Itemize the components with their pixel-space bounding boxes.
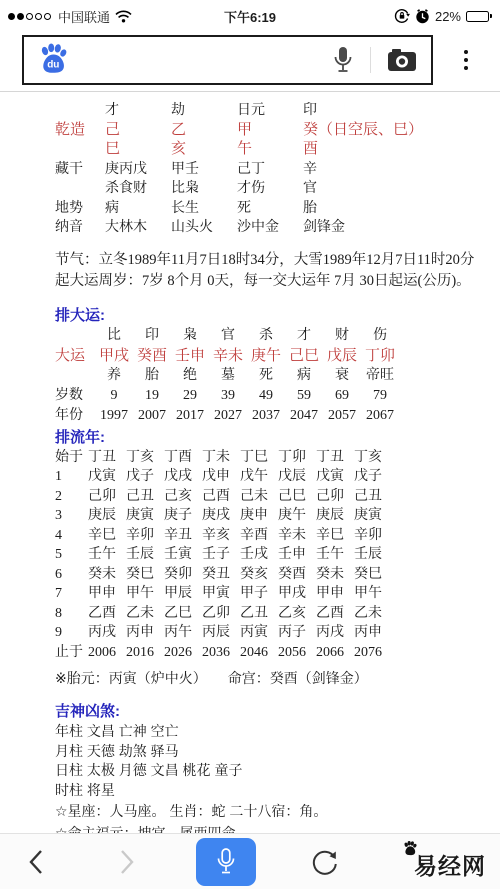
cell: 才: [105, 100, 171, 120]
divider: [370, 47, 371, 73]
cell: 甲戌: [95, 346, 133, 366]
table-row: 3庚辰庚寅庚子庚戌庚申庚午庚辰庚寅: [55, 506, 480, 526]
cell: 病: [105, 198, 171, 218]
cell: 己丑: [126, 487, 164, 507]
cell: 甲子: [240, 584, 278, 604]
cell: 乙: [171, 120, 237, 140]
status-bar-right: 22%: [394, 8, 492, 24]
cell: 丁未: [202, 448, 240, 468]
row-label: 1: [55, 467, 88, 487]
cell: 胎: [133, 366, 171, 386]
cell: 辛卯: [126, 526, 164, 546]
table-row: 乾造己乙甲癸（日空辰、巳）: [55, 120, 480, 140]
cell: 印: [133, 326, 171, 346]
cell: 癸酉: [133, 346, 171, 366]
jieqi-line: 节气：立冬1989年11月7日18时34分，大雪1989年12月7日11时20分: [55, 250, 480, 271]
cell: 辛: [303, 159, 317, 179]
cell: 辛卯: [354, 526, 392, 546]
cell: 亥: [171, 139, 237, 159]
cell: 剑锋金: [303, 217, 345, 237]
table-row: 岁数919293949596979: [55, 386, 480, 406]
cell: 才: [285, 326, 323, 346]
cell: 戊辰: [278, 467, 316, 487]
table-row: 始于丁丑丁亥丁酉丁未丁巳丁卯丁丑丁亥: [55, 448, 480, 468]
cell: 壬辰: [354, 545, 392, 565]
cell: 壬子: [202, 545, 240, 565]
cell: 乙酉: [88, 604, 126, 624]
table-row: 9丙戌丙申丙午丙辰丙寅丙子丙戌丙申: [55, 623, 480, 643]
search-box[interactable]: du: [22, 35, 433, 85]
row-label: 9: [55, 623, 88, 643]
liunian-table: 始于丁丑丁亥丁酉丁未丁巳丁卯丁丑丁亥1戊寅戊子戊戌戊申戊午戊辰戊寅戊子2己卯己丑…: [55, 448, 480, 663]
cell: 甲午: [126, 584, 164, 604]
cell: 死: [237, 198, 303, 218]
row-label: 7: [55, 584, 88, 604]
cell: 庚寅: [126, 506, 164, 526]
voice-button[interactable]: [196, 838, 256, 886]
cell: 乙丑: [240, 604, 278, 624]
table-row: 才劫日元印: [55, 100, 480, 120]
cell: 辛酉: [240, 526, 278, 546]
cell: 戊戌: [164, 467, 202, 487]
cell: 丁丑: [316, 448, 354, 468]
cell: 杀: [247, 326, 285, 346]
cell: 2027: [209, 406, 247, 426]
cell: 庚午: [278, 506, 316, 526]
cell: 丙戌: [316, 623, 354, 643]
liunian-heading: 排流年:: [55, 428, 480, 448]
cell: 胎: [303, 198, 317, 218]
cell: 癸卯: [164, 565, 202, 585]
cell: 辛巳: [316, 526, 354, 546]
cell: 2037: [247, 406, 285, 426]
battery-percent-label: 22%: [435, 9, 461, 24]
cell: 乙未: [354, 604, 392, 624]
cell: 己卯: [316, 487, 354, 507]
cell: 乙卯: [202, 604, 240, 624]
cell: 39: [209, 386, 247, 406]
cell: 庚丙戊: [105, 159, 171, 179]
cell: 甲戌: [278, 584, 316, 604]
row-label: 年份: [55, 406, 95, 426]
cell: 甲午: [354, 584, 392, 604]
cell: 乙酉: [316, 604, 354, 624]
cell: 2017: [171, 406, 209, 426]
table-row: 2己卯己丑己亥己酉己未己巳己卯己丑: [55, 487, 480, 507]
cell: 酉: [303, 139, 318, 159]
row-label: 8: [55, 604, 88, 624]
cell: 癸巳: [126, 565, 164, 585]
jishen-heading: 吉神凶煞:: [55, 702, 480, 722]
cell: 劫: [171, 100, 237, 120]
voice-search-icon[interactable]: [332, 45, 354, 75]
alarm-clock-icon: [415, 9, 430, 24]
cell: 2036: [202, 643, 240, 663]
cell: 伤: [361, 326, 399, 346]
cell: 29: [171, 386, 209, 406]
row-label: 4: [55, 526, 88, 546]
cell: 壬申: [278, 545, 316, 565]
cell: 79: [361, 386, 399, 406]
cell: 庚午: [247, 346, 285, 366]
cell: 己巳: [285, 346, 323, 366]
chevron-right-icon: [119, 849, 135, 875]
cell: 2016: [126, 643, 164, 663]
cell: 丁酉: [164, 448, 202, 468]
screen: 中国联通 下午6:19 22%: [0, 0, 500, 889]
row-label: 岁数: [55, 386, 95, 406]
menu-icon[interactable]: [433, 50, 499, 70]
cell: 己未: [240, 487, 278, 507]
row-label: 藏干: [55, 159, 105, 179]
cell: 辛亥: [202, 526, 240, 546]
cell: 2047: [285, 406, 323, 426]
table-row: 藏干庚丙戊甲壬己丁辛: [55, 159, 480, 179]
cell: 甲: [237, 120, 303, 140]
table-row: 4辛巳辛卯辛丑辛亥辛酉辛未辛巳辛卯: [55, 526, 480, 546]
battery-icon: [466, 11, 492, 22]
cell: 2066: [316, 643, 354, 663]
cell: 帝旺: [361, 366, 399, 386]
browser-toolbar: 易经网: [0, 833, 500, 889]
jishen-line-month: 月柱 天德 劫煞 驿马: [55, 742, 480, 762]
row-label: 纳音: [55, 217, 105, 237]
cell: 2076: [354, 643, 392, 663]
cell: 丁卯: [361, 346, 399, 366]
cell: 丙戌: [88, 623, 126, 643]
cell: 丙申: [126, 623, 164, 643]
cell: 丙子: [278, 623, 316, 643]
cell: 壬寅: [164, 545, 202, 565]
cell: 癸（日空辰、巳）: [303, 120, 423, 140]
cell: 59: [285, 386, 323, 406]
cell: 己: [105, 120, 171, 140]
chevron-left-icon: [28, 849, 44, 875]
cell: 壬戌: [240, 545, 278, 565]
refresh-icon: [311, 848, 339, 876]
table-row: 大运甲戌癸酉壬申辛未庚午己巳戊辰丁卯: [55, 346, 480, 366]
cell: 戊申: [202, 467, 240, 487]
cell: 壬辰: [126, 545, 164, 565]
signal-strength-icon: [8, 13, 51, 20]
cell: 大林木: [105, 217, 171, 237]
cell: 比: [95, 326, 133, 346]
cell: 甲申: [88, 584, 126, 604]
cell: 己酉: [202, 487, 240, 507]
status-bar: 中国联通 下午6:19 22%: [0, 0, 500, 28]
table-row: 6癸未癸巳癸卯癸丑癸亥癸酉癸未癸巳: [55, 565, 480, 585]
cell: 癸未: [316, 565, 354, 585]
cell: 丁亥: [354, 448, 392, 468]
cell: 9: [95, 386, 133, 406]
cell: 丙辰: [202, 623, 240, 643]
table-row: 年份19972007201720272037204720572067: [55, 406, 480, 426]
cell: 乙未: [126, 604, 164, 624]
refresh-button[interactable]: [303, 840, 347, 884]
paw-icon: [400, 840, 420, 858]
row-label: 大运: [55, 346, 95, 366]
jieqi-paragraph: 节气：立冬1989年11月7日18时34分，大雪1989年12月7日11时20分…: [55, 250, 480, 292]
table-row: 5壬午壬辰壬寅壬子壬戌壬申壬午壬辰: [55, 545, 480, 565]
jishen-line-hour: 时柱 将星: [55, 781, 480, 801]
row-label: 乾造: [55, 120, 105, 140]
cell: 2057: [323, 406, 361, 426]
dayun-heading: 排大运:: [55, 306, 480, 326]
cell: 壬午: [88, 545, 126, 565]
cell: 死: [247, 366, 285, 386]
clock-label: 下午6:19: [224, 10, 276, 25]
row-label: 止于: [55, 643, 88, 663]
cell: 2006: [88, 643, 126, 663]
cell: 戊午: [240, 467, 278, 487]
table-row: 巳亥午酉: [55, 139, 480, 159]
table-row: 比印枭官杀才财伤: [55, 326, 480, 346]
cell: 2067: [361, 406, 399, 426]
cell: 庚寅: [354, 506, 392, 526]
cell: 庚申: [240, 506, 278, 526]
cell: 比枭: [171, 178, 237, 198]
cell: 己巳: [278, 487, 316, 507]
dayun-start-line: 起大运周岁：7岁 8个月 0天，每一交大运年 7月 30日起运(公历)。: [55, 271, 480, 292]
cell: 丁卯: [278, 448, 316, 468]
forward-button[interactable]: [105, 840, 149, 884]
cell: 绝: [171, 366, 209, 386]
cell: 丁巳: [240, 448, 278, 468]
cell: 杀食财: [105, 178, 171, 198]
cell: 癸丑: [202, 565, 240, 585]
row-label: 5: [55, 545, 88, 565]
baidu-logo-icon: du: [34, 41, 72, 79]
cell: 日元: [237, 100, 303, 120]
cell: 2056: [278, 643, 316, 663]
cell: 养: [95, 366, 133, 386]
cell: 2026: [164, 643, 202, 663]
table-row: 1戊寅戊子戊戌戊申戊午戊辰戊寅戊子: [55, 467, 480, 487]
cell: 辛未: [209, 346, 247, 366]
status-bar-left: 中国联通: [8, 7, 132, 26]
cell: 庚子: [164, 506, 202, 526]
zodiac-line: ☆星座：人马座。 生肖：蛇 二十八宿：角。: [55, 801, 480, 822]
cell: 沙中金: [237, 217, 303, 237]
row-label: 6: [55, 565, 88, 585]
dayun-table: 比印枭官杀才财伤大运甲戌癸酉壬申辛未庚午己巳戊辰丁卯养胎绝墓死病衰帝旺岁数919…: [55, 326, 480, 426]
cell: 辛巳: [88, 526, 126, 546]
cell: 丙午: [164, 623, 202, 643]
row-label: 2: [55, 487, 88, 507]
cell: 己亥: [164, 487, 202, 507]
cell: 49: [247, 386, 285, 406]
watermark: 易经网: [394, 840, 486, 884]
table-row: 地势病长生死胎: [55, 198, 480, 218]
cell: 戊寅: [316, 467, 354, 487]
cell: 乙亥: [278, 604, 316, 624]
cell: 财: [323, 326, 361, 346]
cell: 午: [237, 139, 303, 159]
cell: 甲寅: [202, 584, 240, 604]
cell: 庚戌: [202, 506, 240, 526]
cell: 戊辰: [323, 346, 361, 366]
row-label: 地势: [55, 198, 105, 218]
cell: 山头火: [171, 217, 237, 237]
cell: 官: [209, 326, 247, 346]
cell: 巳: [105, 139, 171, 159]
table-row: 杀食财比枭才伤官: [55, 178, 480, 198]
cell: 庚辰: [88, 506, 126, 526]
cell: 病: [285, 366, 323, 386]
svg-text:du: du: [47, 59, 59, 70]
cell: 辛未: [278, 526, 316, 546]
cell: 丙寅: [240, 623, 278, 643]
cell: 69: [323, 386, 361, 406]
cell: 印: [303, 100, 317, 120]
cell: 丁丑: [88, 448, 126, 468]
taiyuan-minggong-line: ※胎元：丙寅（炉中火） 命宫：癸酉（剑锋金）: [55, 668, 480, 688]
cell: 癸亥: [240, 565, 278, 585]
wifi-icon: [115, 10, 132, 23]
cell: 19: [133, 386, 171, 406]
row-label: 始于: [55, 448, 88, 468]
table-row: 纳音大林木山头火沙中金剑锋金: [55, 217, 480, 237]
cell: 壬午: [316, 545, 354, 565]
cell: 癸巳: [354, 565, 392, 585]
cell: 己卯: [88, 487, 126, 507]
back-button[interactable]: [14, 840, 58, 884]
cell: 2007: [133, 406, 171, 426]
cell: 癸未: [88, 565, 126, 585]
cell: 戊子: [126, 467, 164, 487]
page-content: 才劫日元印乾造己乙甲癸（日空辰、巳）巳亥午酉藏干庚丙戊甲壬己丁辛杀食财比枭才伤官…: [0, 92, 500, 844]
cell: 甲壬: [171, 159, 237, 179]
table-row: 8乙酉乙未乙巳乙卯乙丑乙亥乙酉乙未: [55, 604, 480, 624]
microphone-icon: [215, 847, 237, 877]
table-row: 7甲申甲午甲辰甲寅甲子甲戌甲申甲午: [55, 584, 480, 604]
cell: 丁亥: [126, 448, 164, 468]
cell: 戊寅: [88, 467, 126, 487]
table-row: 养胎绝墓死病衰帝旺: [55, 366, 480, 386]
cell: 才伤: [237, 178, 303, 198]
pillars-table: 才劫日元印乾造己乙甲癸（日空辰、巳）巳亥午酉藏干庚丙戊甲壬己丁辛杀食财比枭才伤官…: [55, 100, 480, 237]
cell: 乙巳: [164, 604, 202, 624]
cell: 癸酉: [278, 565, 316, 585]
cell: 墓: [209, 366, 247, 386]
orientation-lock-icon: [394, 8, 410, 24]
cell: 己丁: [237, 159, 303, 179]
cell: 己丑: [354, 487, 392, 507]
cell: 甲辰: [164, 584, 202, 604]
cell: 壬申: [171, 346, 209, 366]
cell: 丙申: [354, 623, 392, 643]
jishen-line-year: 年柱 文昌 亡神 空亡: [55, 722, 480, 742]
cell: 庚辰: [316, 506, 354, 526]
jishen-line-day: 日柱 太极 月德 文昌 桃花 童子: [55, 761, 480, 781]
cell: 1997: [95, 406, 133, 426]
cell: 枭: [171, 326, 209, 346]
watermark-text: 易经网: [414, 848, 486, 884]
cell: 衰: [323, 366, 361, 386]
table-row: 止于20062016202620362046205620662076: [55, 643, 480, 663]
carrier-label: 中国联通: [58, 7, 110, 26]
cell: 甲申: [316, 584, 354, 604]
row-label: 3: [55, 506, 88, 526]
cell: 辛丑: [164, 526, 202, 546]
camera-search-icon[interactable]: [387, 48, 417, 72]
cell: 官: [303, 178, 317, 198]
cell: 2046: [240, 643, 278, 663]
browser-header: du: [0, 28, 500, 92]
cell: 戊子: [354, 467, 392, 487]
cell: 长生: [171, 198, 237, 218]
